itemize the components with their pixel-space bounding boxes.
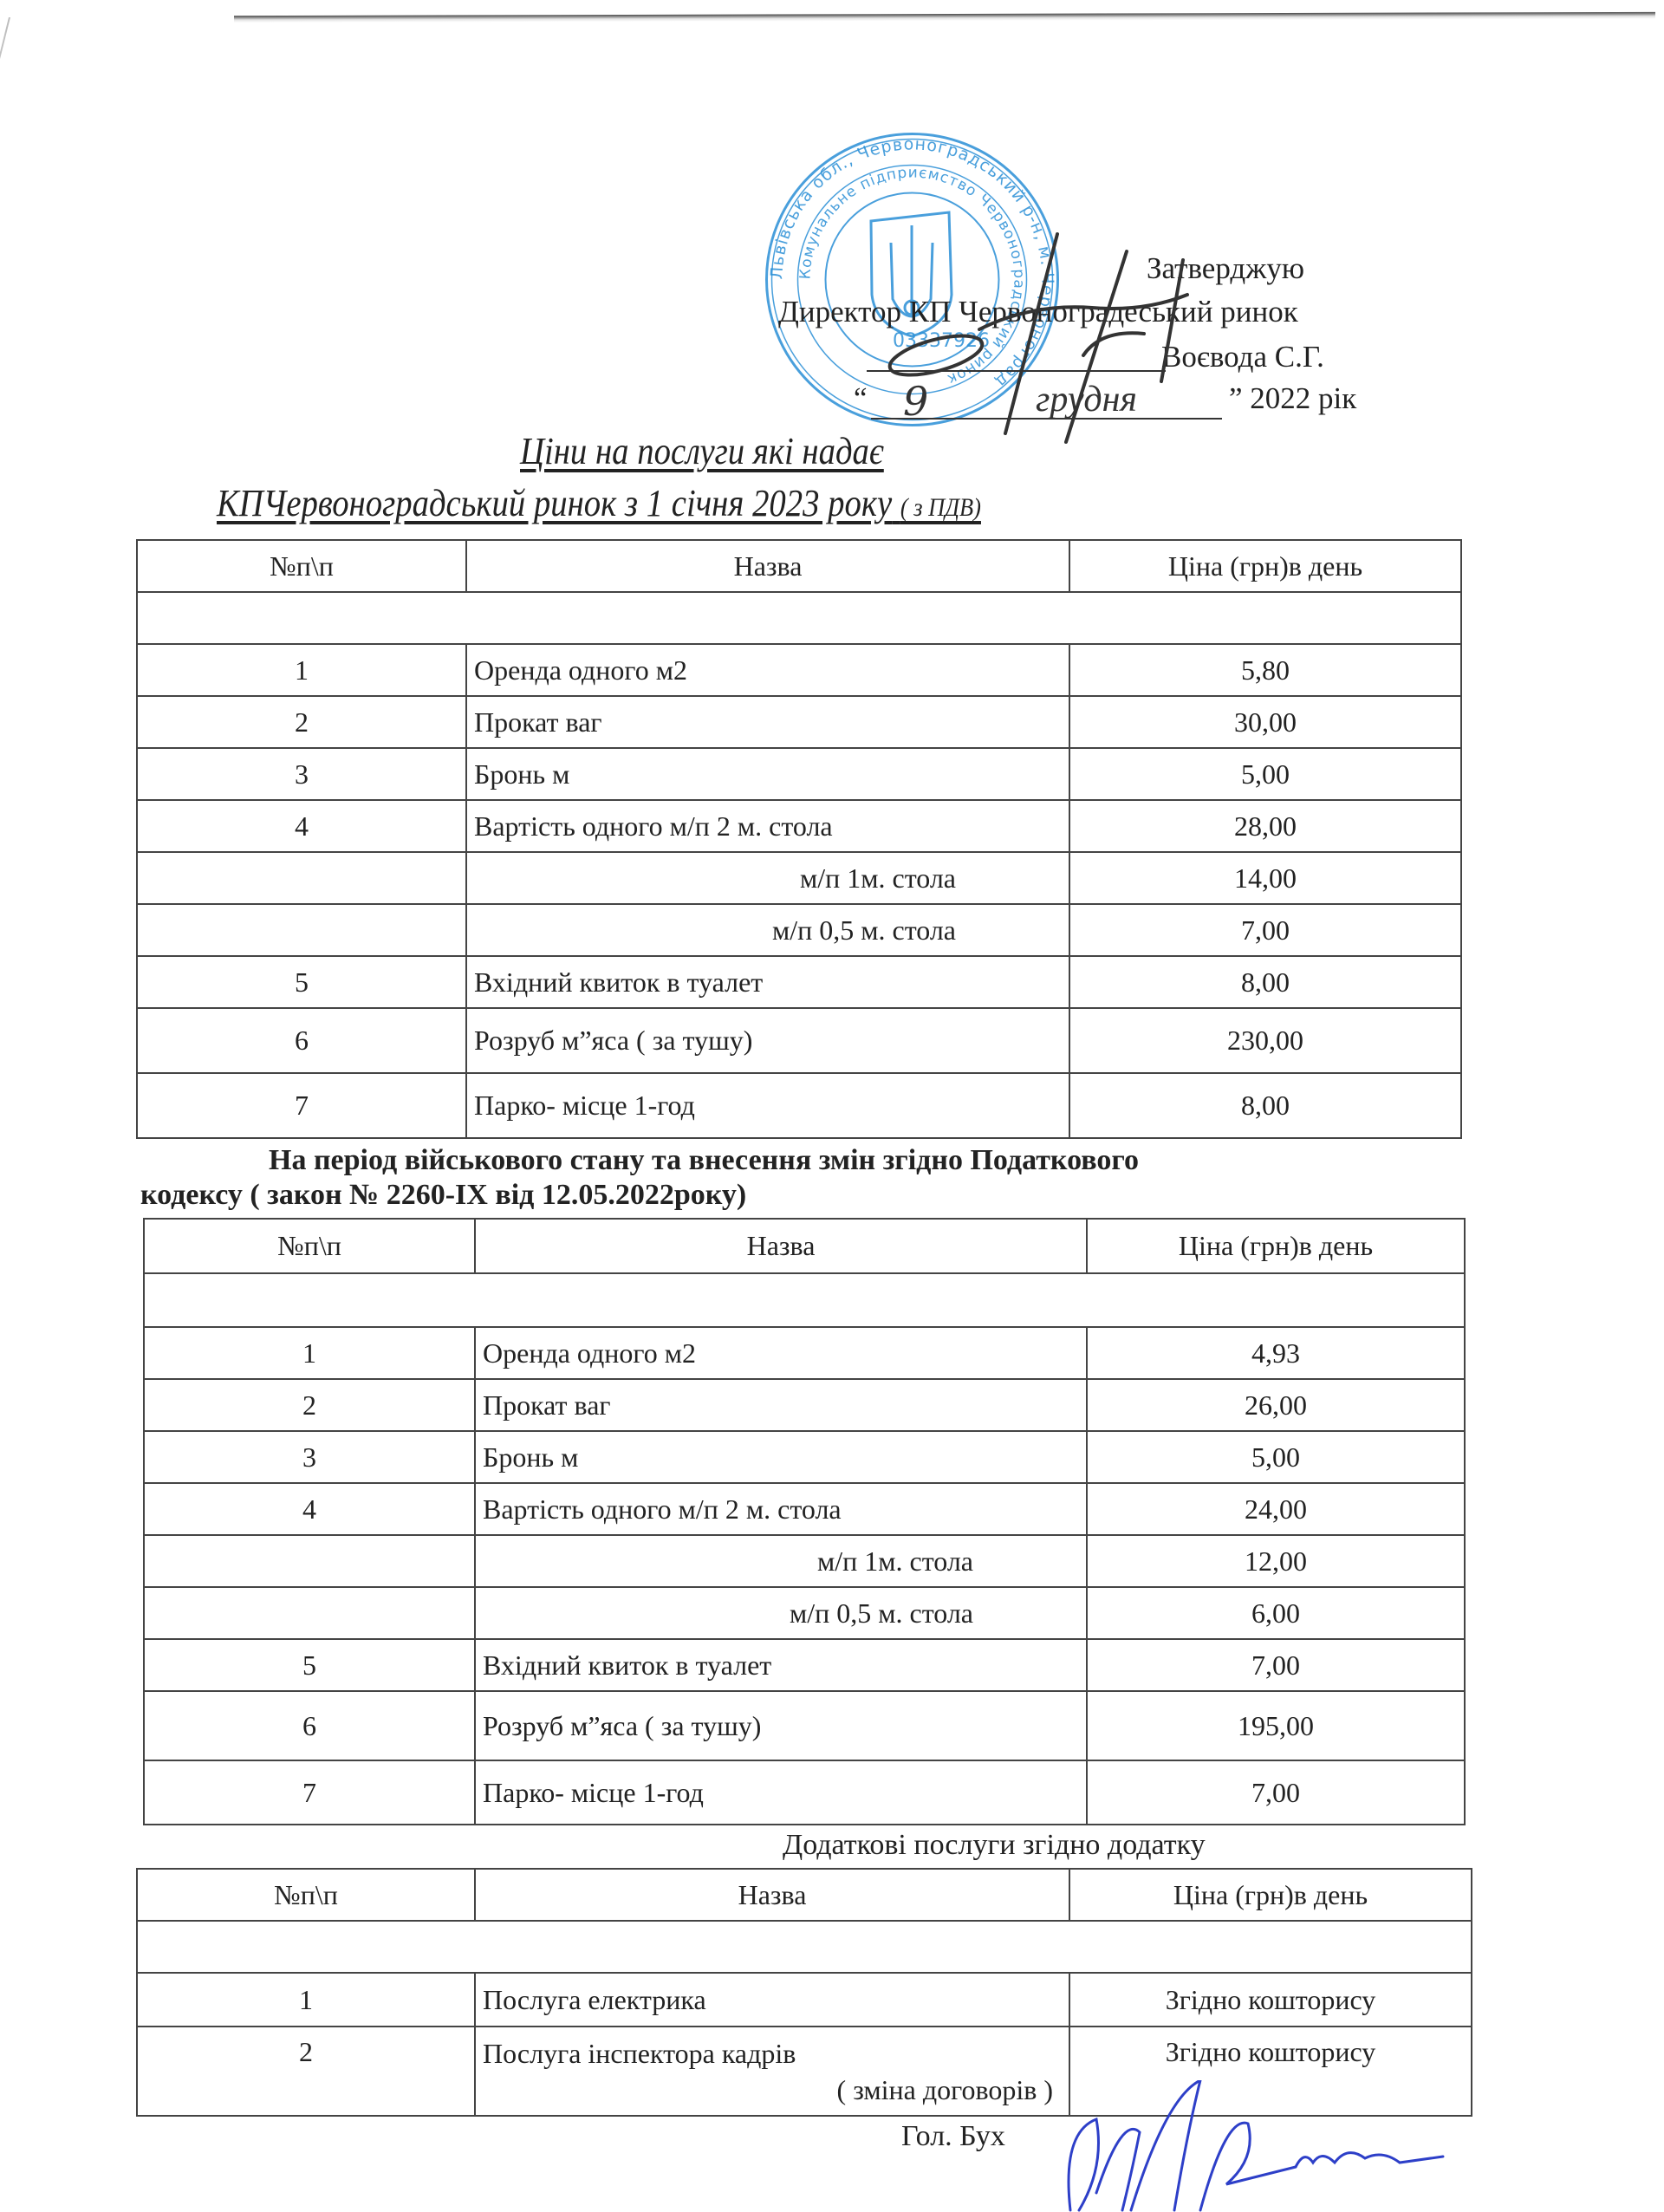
row-name-main: Послуга електрика	[483, 1984, 1062, 2016]
row-price: 8,00	[1069, 956, 1461, 1008]
row-name: Оренда одного м2	[466, 644, 1069, 696]
row-price: 12,00	[1087, 1535, 1465, 1587]
row-price: Згідно кошторису	[1069, 2027, 1472, 2116]
row-number: 2	[137, 2027, 475, 2116]
row-name: Послуга інспектора кадрів( зміна договор…	[475, 2027, 1069, 2116]
scan-edge-shadow	[234, 12, 1655, 23]
empty-row	[137, 1921, 1472, 1973]
director-position: Директор КП Червоноградеський ринок	[778, 296, 1298, 327]
row-price: Згідно кошторису	[1069, 1973, 1472, 2027]
row-number: 3	[144, 1431, 475, 1483]
table-row: м/п 1м. стола12,00	[144, 1535, 1465, 1587]
table-row: 7Парко- місце 1-год7,00	[144, 1760, 1465, 1825]
row-number: 3	[137, 748, 466, 800]
table-row: 6Розруб м”яса ( за тушу)230,00	[137, 1008, 1461, 1073]
row-price: 4,93	[1087, 1327, 1465, 1379]
row-number: 1	[144, 1327, 475, 1379]
row-price: 5,00	[1069, 748, 1461, 800]
table-row: м/п 0,5 м. стола7,00	[137, 904, 1461, 956]
row-name: м/п 0,5 м. стола	[466, 904, 1069, 956]
table-header-row: №п\пНазваЦіна (грн)в день	[144, 1219, 1465, 1273]
header-name: Назва	[475, 1869, 1069, 1921]
signature-line	[867, 370, 1166, 372]
table-row: 2Прокат ваг26,00	[144, 1379, 1465, 1431]
table-row: 1Послуга електрикаЗгідно кошторису	[137, 1973, 1472, 2027]
table-row: 4Вартість одного м/п 2 м. стола24,00	[144, 1483, 1465, 1535]
row-price: 230,00	[1069, 1008, 1461, 1073]
row-price: 24,00	[1087, 1483, 1465, 1535]
header-num: №п\п	[144, 1219, 475, 1273]
row-name: м/п 1м. стола	[466, 852, 1069, 904]
date-month: грудня	[1036, 381, 1137, 418]
row-name: Оренда одного м2	[475, 1327, 1087, 1379]
row-name: Розруб м”яса ( за тушу)	[475, 1691, 1087, 1760]
additional-services-table: №п\пНазваЦіна (грн)в день1Послуга електр…	[136, 1868, 1472, 2117]
row-name: Вартість одного м/п 2 м. стола	[475, 1483, 1087, 1535]
row-name: Вхідний квиток в туалет	[466, 956, 1069, 1008]
row-number: 1	[137, 1973, 475, 2027]
row-name-extra: ( зміна договорів )	[483, 2072, 1062, 2109]
empty-cell	[137, 592, 1461, 644]
row-name: Прокат ваг	[475, 1379, 1087, 1431]
row-name: Послуга електрика	[475, 1973, 1069, 2027]
row-price: 28,00	[1069, 800, 1461, 852]
row-number: 7	[144, 1760, 475, 1825]
table-row: 2Послуга інспектора кадрів( зміна догово…	[137, 2027, 1472, 2116]
table-header-row: №п\пНазваЦіна (грн)в день	[137, 540, 1461, 592]
empty-cell	[144, 1273, 1465, 1327]
row-number: 2	[144, 1379, 475, 1431]
table-row: 3Бронь м5,00	[137, 748, 1461, 800]
table-row: 5Вхідний квиток в туалет7,00	[144, 1639, 1465, 1691]
martial-law-note-line2: кодексу ( закон № 2260-ІХ від 12.05.2022…	[140, 1179, 746, 1212]
row-name: Бронь м	[475, 1431, 1087, 1483]
table-row: 6Розруб м”яса ( за тушу)195,00	[144, 1691, 1465, 1760]
table-row: 1Оренда одного м24,93	[144, 1327, 1465, 1379]
date-year: ” 2022 рік	[1229, 383, 1356, 413]
row-price: 195,00	[1087, 1691, 1465, 1760]
row-price: 30,00	[1069, 696, 1461, 748]
additional-services-heading: Додаткові послуги згідно додатку	[783, 1829, 1206, 1862]
title-vat-note: ( з ПДВ)	[900, 493, 981, 522]
table-row: 3Бронь м5,00	[144, 1431, 1465, 1483]
date-line	[871, 418, 1222, 420]
header-price: Ціна (грн)в день	[1069, 1869, 1472, 1921]
director-name: Воєвода С.Г.	[1161, 342, 1324, 372]
header-name: Назва	[475, 1219, 1087, 1273]
title-line1: Ціни на послуги які надає	[520, 429, 884, 473]
row-number	[144, 1587, 475, 1639]
row-price: 5,80	[1069, 644, 1461, 696]
row-price: 7,00	[1087, 1639, 1465, 1691]
header-num: №п\п	[137, 1869, 475, 1921]
row-name: Парко- місце 1-год	[466, 1073, 1069, 1138]
table-row: 7Парко- місце 1-год8,00	[137, 1073, 1461, 1138]
row-name: м/п 0,5 м. стола	[475, 1587, 1087, 1639]
row-name: Прокат ваг	[466, 696, 1069, 748]
row-number: 7	[137, 1073, 466, 1138]
title-line2: КПЧервоноградський ринок з 1 січня 2023 …	[217, 481, 981, 525]
row-number: 4	[144, 1483, 475, 1535]
row-price: 6,00	[1087, 1587, 1465, 1639]
table-row: 2Прокат ваг30,00	[137, 696, 1461, 748]
table-row: м/п 0,5 м. стола6,00	[144, 1587, 1465, 1639]
date-day: 9	[903, 381, 928, 421]
row-number	[137, 904, 466, 956]
row-name: Вартість одного м/п 2 м. стола	[466, 800, 1069, 852]
row-number	[137, 852, 466, 904]
title-line2-main: КПЧервоноградський ринок з 1 січня 2023 …	[217, 482, 892, 524]
header-price: Ціна (грн)в день	[1069, 540, 1461, 592]
row-number: 6	[144, 1691, 475, 1760]
row-name-main: Послуга інспектора кадрів	[483, 2036, 1062, 2072]
row-number: 5	[137, 956, 466, 1008]
empty-row	[137, 592, 1461, 644]
row-number	[144, 1535, 475, 1587]
price-table-martial-law: №п\пНазваЦіна (грн)в день1Оренда одного …	[143, 1218, 1466, 1825]
row-name: Парко- місце 1-год	[475, 1760, 1087, 1825]
price-table-regular: №п\пНазваЦіна (грн)в день1Оренда одного …	[136, 539, 1462, 1139]
row-number: 6	[137, 1008, 466, 1073]
header-price: Ціна (грн)в день	[1087, 1219, 1465, 1273]
row-price: 5,00	[1087, 1431, 1465, 1483]
martial-law-note-line1: На період військового стану та внесення …	[269, 1144, 1139, 1177]
row-number: 1	[137, 644, 466, 696]
row-price: 7,00	[1087, 1760, 1465, 1825]
row-price: 8,00	[1069, 1073, 1461, 1138]
empty-cell	[137, 1921, 1472, 1973]
row-number: 5	[144, 1639, 475, 1691]
row-name: Розруб м”яса ( за тушу)	[466, 1008, 1069, 1073]
row-name: Бронь м	[466, 748, 1069, 800]
table-row: 1Оренда одного м25,80	[137, 644, 1461, 696]
header-num: №п\п	[137, 540, 466, 592]
approve-label: Затверджую	[1147, 253, 1304, 283]
row-name: м/п 1м. стола	[475, 1535, 1087, 1587]
row-number: 4	[137, 800, 466, 852]
table-row: 5Вхідний квиток в туалет8,00	[137, 956, 1461, 1008]
row-price: 14,00	[1069, 852, 1461, 904]
table-header-row: №п\пНазваЦіна (грн)в день	[137, 1869, 1472, 1921]
scan-left-edge	[0, 17, 10, 260]
table-row: 4Вартість одного м/п 2 м. стола28,00	[137, 800, 1461, 852]
row-price: 7,00	[1069, 904, 1461, 956]
row-price: 26,00	[1087, 1379, 1465, 1431]
empty-row	[144, 1273, 1465, 1327]
row-name: Вхідний квиток в туалет	[475, 1639, 1087, 1691]
row-number: 2	[137, 696, 466, 748]
date-open-quote: “	[854, 383, 868, 413]
chief-accountant-label: Гол. Бух	[901, 2122, 1005, 2151]
table-row: м/п 1м. стола14,00	[137, 852, 1461, 904]
header-name: Назва	[466, 540, 1069, 592]
